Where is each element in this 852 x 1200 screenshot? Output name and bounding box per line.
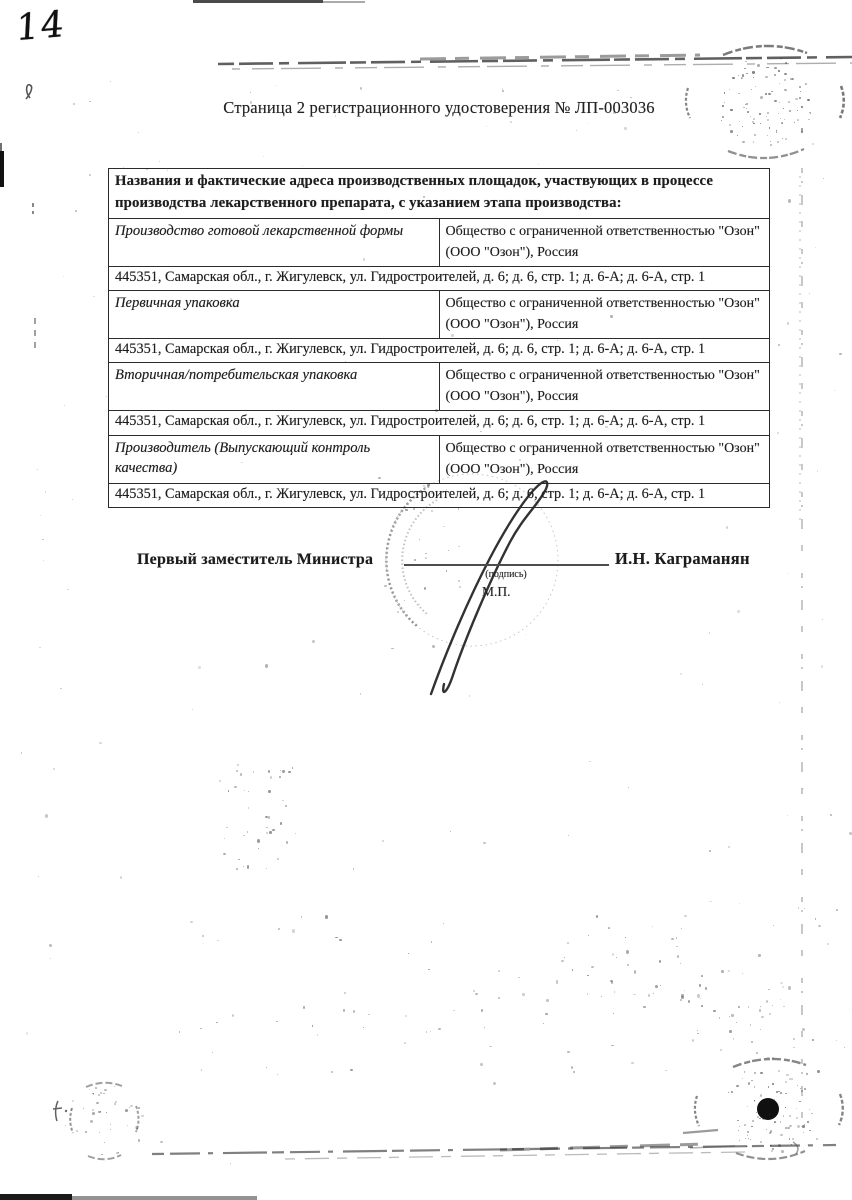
address-cell: 445351, Самарская обл., г. Жигулевск, ул…	[109, 266, 770, 290]
page-title: Страница 2 регистрационного удостоверени…	[0, 98, 852, 118]
company-cell: Общество с ограниченной ответственностью…	[439, 435, 770, 483]
margin-marks	[26, 85, 67, 1121]
company-cell: Общество с ограниченной ответственностью…	[439, 291, 770, 339]
stage-cell: Производство готовой лекарственной формы	[109, 218, 440, 266]
stage-cell: Вторичная/потребительская упаковка	[109, 363, 440, 411]
smudge-bottom	[152, 1142, 836, 1159]
watermark-emblem-bottom-left	[70, 1083, 138, 1160]
address-cell: 445351, Самарская обл., г. Жигулевск, ул…	[109, 339, 770, 363]
table-row: 445351, Самарская обл., г. Жигулевск, ул…	[109, 411, 770, 435]
signer-title: Первый заместитель Министра	[137, 551, 373, 569]
punch-hole	[757, 1098, 779, 1120]
seal-place-label: М.П.	[482, 584, 511, 600]
stage-cell: Первичная упаковка	[109, 291, 440, 339]
signer-name: И.Н. Каграманян	[615, 549, 750, 569]
smudge-top	[218, 55, 852, 69]
signature-caption: (подпись)	[446, 569, 566, 580]
table-row: 445351, Самарская обл., г. Жигулевск, ул…	[109, 339, 770, 363]
table-row: Первичная упаковка Общество с ограниченн…	[109, 291, 770, 339]
stage-cell: Производитель (Выпускающий контроль каче…	[109, 435, 440, 483]
address-cell: 445351, Самарская обл., г. Жигулевск, ул…	[109, 483, 770, 507]
table-row: Производитель (Выпускающий контроль каче…	[109, 435, 770, 483]
company-cell: Общество с ограниченной ответственностью…	[439, 218, 770, 266]
punch-hole-emblem-bottom-right	[683, 1059, 843, 1159]
table-row: 445351, Самарская обл., г. Жигулевск, ул…	[109, 483, 770, 507]
address-cell: 445351, Самарская обл., г. Жигулевск, ул…	[109, 411, 770, 435]
handwritten-page-number: 14	[15, 4, 67, 50]
right-margin-line	[800, 168, 802, 1138]
signature-line	[404, 548, 609, 566]
production-sites-table: Названия и фактические адреса производст…	[108, 168, 770, 508]
table-row: 445351, Самарская обл., г. Жигулевск, ул…	[109, 266, 770, 290]
scanned-document-page: 14 Страница 2 регистрационного удостовер…	[0, 0, 852, 1200]
table-row: Производство готовой лекарственной формы…	[109, 218, 770, 266]
table-header: Названия и фактические адреса производст…	[109, 169, 770, 219]
company-cell: Общество с ограниченной ответственностью…	[439, 363, 770, 411]
table-row: Вторичная/потребительская упаковка Общес…	[109, 363, 770, 411]
